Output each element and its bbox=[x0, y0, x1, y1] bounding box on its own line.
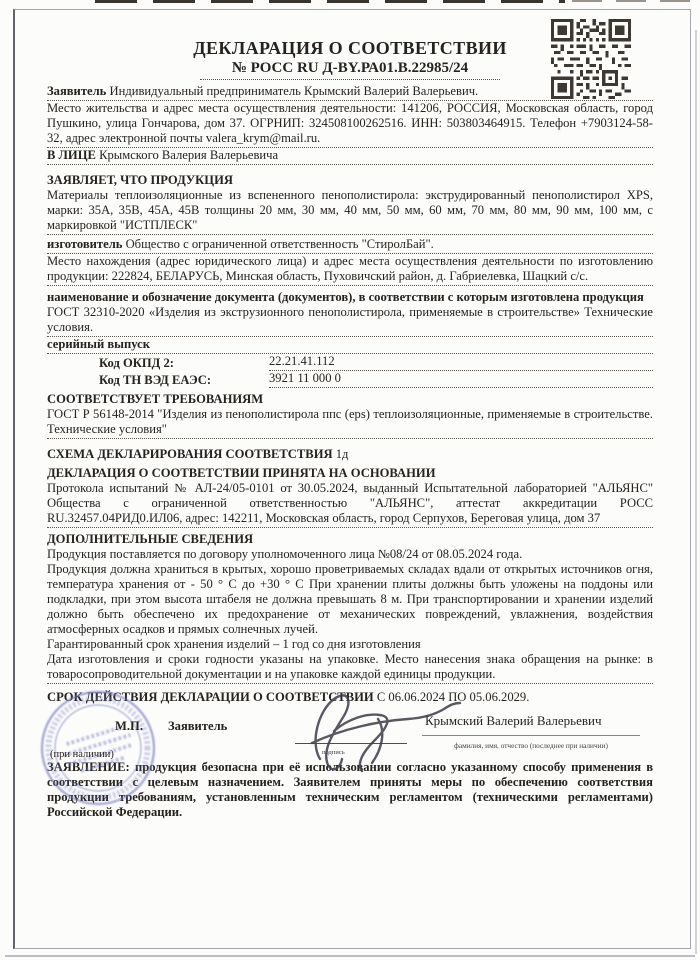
scheme-row: СХЕМА ДЕКЛАРИРОВАНИЯ СООТВЕТСТВИЯ 1д bbox=[47, 447, 653, 462]
applicant-value: Индивидуальный предприниматель Крымский … bbox=[109, 84, 478, 98]
manufacturer-value: Общество с ограниченной ответственность … bbox=[126, 237, 434, 251]
complies-value: ГОСТ Р 56148-2014 "Изделия из пенополист… bbox=[47, 407, 653, 439]
scan-edge-bottom bbox=[5, 955, 695, 957]
code-tnved-label: Код ТН ВЭД ЕАЭС: bbox=[99, 373, 269, 388]
additional-p2: Продукция должна храниться в крытых, хор… bbox=[47, 562, 653, 637]
scan-artifact-top-right bbox=[572, 0, 690, 2]
complies-heading: СООТВЕТСТВУЕТ ТРЕБОВАНИЯМ bbox=[47, 392, 653, 407]
in-person-label: В ЛИЦЕ bbox=[47, 148, 96, 162]
signer-name: Крымский Валерий Валерьевич bbox=[425, 713, 650, 728]
scheme-label: СХЕМА ДЕКЛАРИРОВАНИЯ СООТВЕТСТВИЯ bbox=[47, 447, 333, 461]
additional-p4: Дата изготовления и сроки годности указа… bbox=[47, 652, 653, 684]
document-header: ДЕКЛАРАЦИЯ О СООТВЕТСТВИИ № РОСС RU Д-BY… bbox=[47, 38, 653, 80]
in-person-row: В ЛИЦЕ Крымского Валерия Валерьевича bbox=[47, 148, 653, 165]
scanned-declaration-page: ДЕКЛАРАЦИЯ О СООТВЕТСТВИИ № РОСС RU Д-BY… bbox=[0, 0, 700, 960]
signer-name-line bbox=[422, 735, 640, 736]
code-okpd-label: Код ОКПД 2: bbox=[99, 356, 269, 371]
serial-row: серийный выпуск bbox=[47, 337, 653, 354]
document-number: № РОСС RU Д-BY.РА01.В.22985/24 bbox=[47, 59, 653, 77]
stamp-availability-note: (при наличии) bbox=[50, 747, 114, 762]
code-okpd-value: 22.21.41.112 bbox=[269, 354, 653, 371]
product-paragraph: Материалы теплоизоляционные из вспененно… bbox=[47, 188, 653, 235]
residence-paragraph: Место жительства и адрес места осуществл… bbox=[47, 101, 653, 148]
signature-area: М.П. Заявитель (при наличии) подпись Кры… bbox=[47, 707, 653, 757]
stamp-place-label: М.П. bbox=[115, 719, 143, 734]
applicant-label: Заявитель bbox=[47, 84, 106, 98]
additional-p1: Продукция поставляется по договору уполн… bbox=[47, 547, 653, 562]
signer-role-label: Заявитель bbox=[168, 719, 227, 734]
document-content: ДЕКЛАРАЦИЯ О СООТВЕТСТВИИ № РОСС RU Д-BY… bbox=[47, 38, 653, 820]
number-underline bbox=[200, 78, 500, 80]
scheme-value: 1д bbox=[336, 447, 349, 461]
in-person-value: Крымского Валерия Валерьевича bbox=[99, 148, 278, 162]
document-title: ДЕКЛАРАЦИЯ О СООТВЕТСТВИИ bbox=[47, 38, 653, 59]
doc-basis-value: ГОСТ 32310-2020 «Изделия из экструзионно… bbox=[47, 305, 653, 337]
manufacturer-location-paragraph: Место нахождения (адрес юридического лиц… bbox=[47, 254, 653, 286]
applicant-row: Заявитель Индивидуальный предприниматель… bbox=[47, 84, 653, 101]
declares-heading: ЗАЯВЛЯЕТ, ЧТО ПРОДУКЦИЯ bbox=[47, 173, 653, 188]
scan-edge-right bbox=[695, 30, 697, 954]
accepted-heading: ДЕКЛАРАЦИЯ О СООТВЕТСТВИИ ПРИНЯТА НА ОСН… bbox=[47, 466, 653, 481]
manufacturer-row: изготовитель Общество с ограниченной отв… bbox=[47, 237, 653, 254]
code-tnved-row: Код ТН ВЭД ЕАЭС: 3921 11 000 0 bbox=[47, 371, 653, 388]
accepted-value: Протокола испытаний № АЛ-24/05-0101 от 3… bbox=[47, 481, 653, 528]
handwritten-signature bbox=[282, 685, 482, 777]
manufacturer-label: изготовитель bbox=[47, 237, 122, 251]
scan-artifact-top bbox=[95, 0, 565, 3]
signer-name-caption: фамилия, имя, отчество (последнее при на… bbox=[422, 738, 640, 753]
additional-p3: Гарантированный срок хранения изделий – … bbox=[47, 637, 653, 652]
code-tnved-value: 3921 11 000 0 bbox=[269, 371, 653, 388]
additional-heading: ДОПОЛНИТЕЛЬНЫЕ СВЕДЕНИЯ bbox=[47, 532, 653, 547]
code-okpd-row: Код ОКПД 2: 22.21.41.112 bbox=[47, 354, 653, 371]
doc-basis-heading: наименование и обозначение документа (до… bbox=[47, 290, 653, 305]
